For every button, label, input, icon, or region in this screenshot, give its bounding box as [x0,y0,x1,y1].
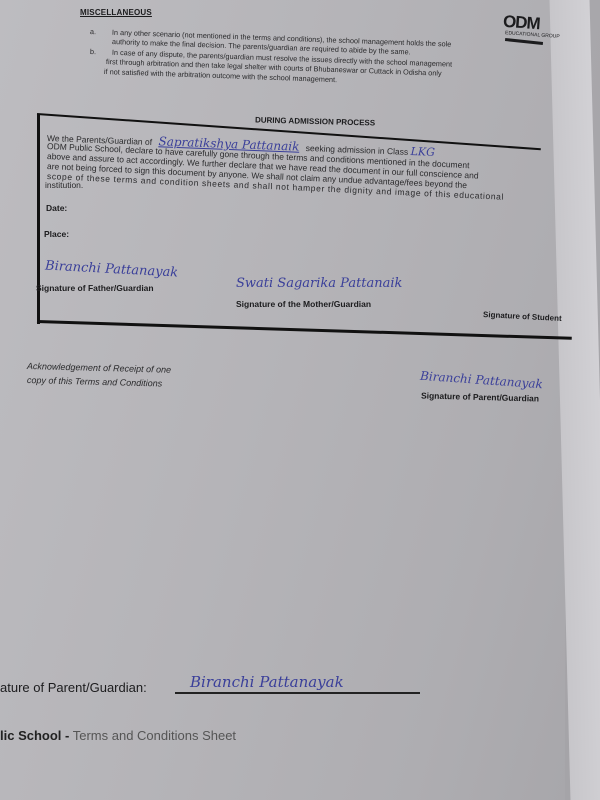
footer-signature-line [175,692,420,694]
mother-signature-label: Signature of the Mother/Guardian [236,299,371,309]
footer-signature: Biranchi Pattanayak [190,673,344,691]
father-signature-label: Signature of Father/Guardian [36,283,154,293]
date-label: Date: [46,203,67,213]
place-label: Place: [44,229,69,239]
mother-signature: Swati Sagarika Pattanaik [236,276,402,291]
declaration-line-6: institution. [45,180,83,190]
footer-signature-label: ature of Parent/Guardian: [0,680,147,695]
misc-section-title: MISCELLANEOUS [80,8,152,17]
footer-title: lic School - Terms and Conditions Sheet [0,728,236,743]
